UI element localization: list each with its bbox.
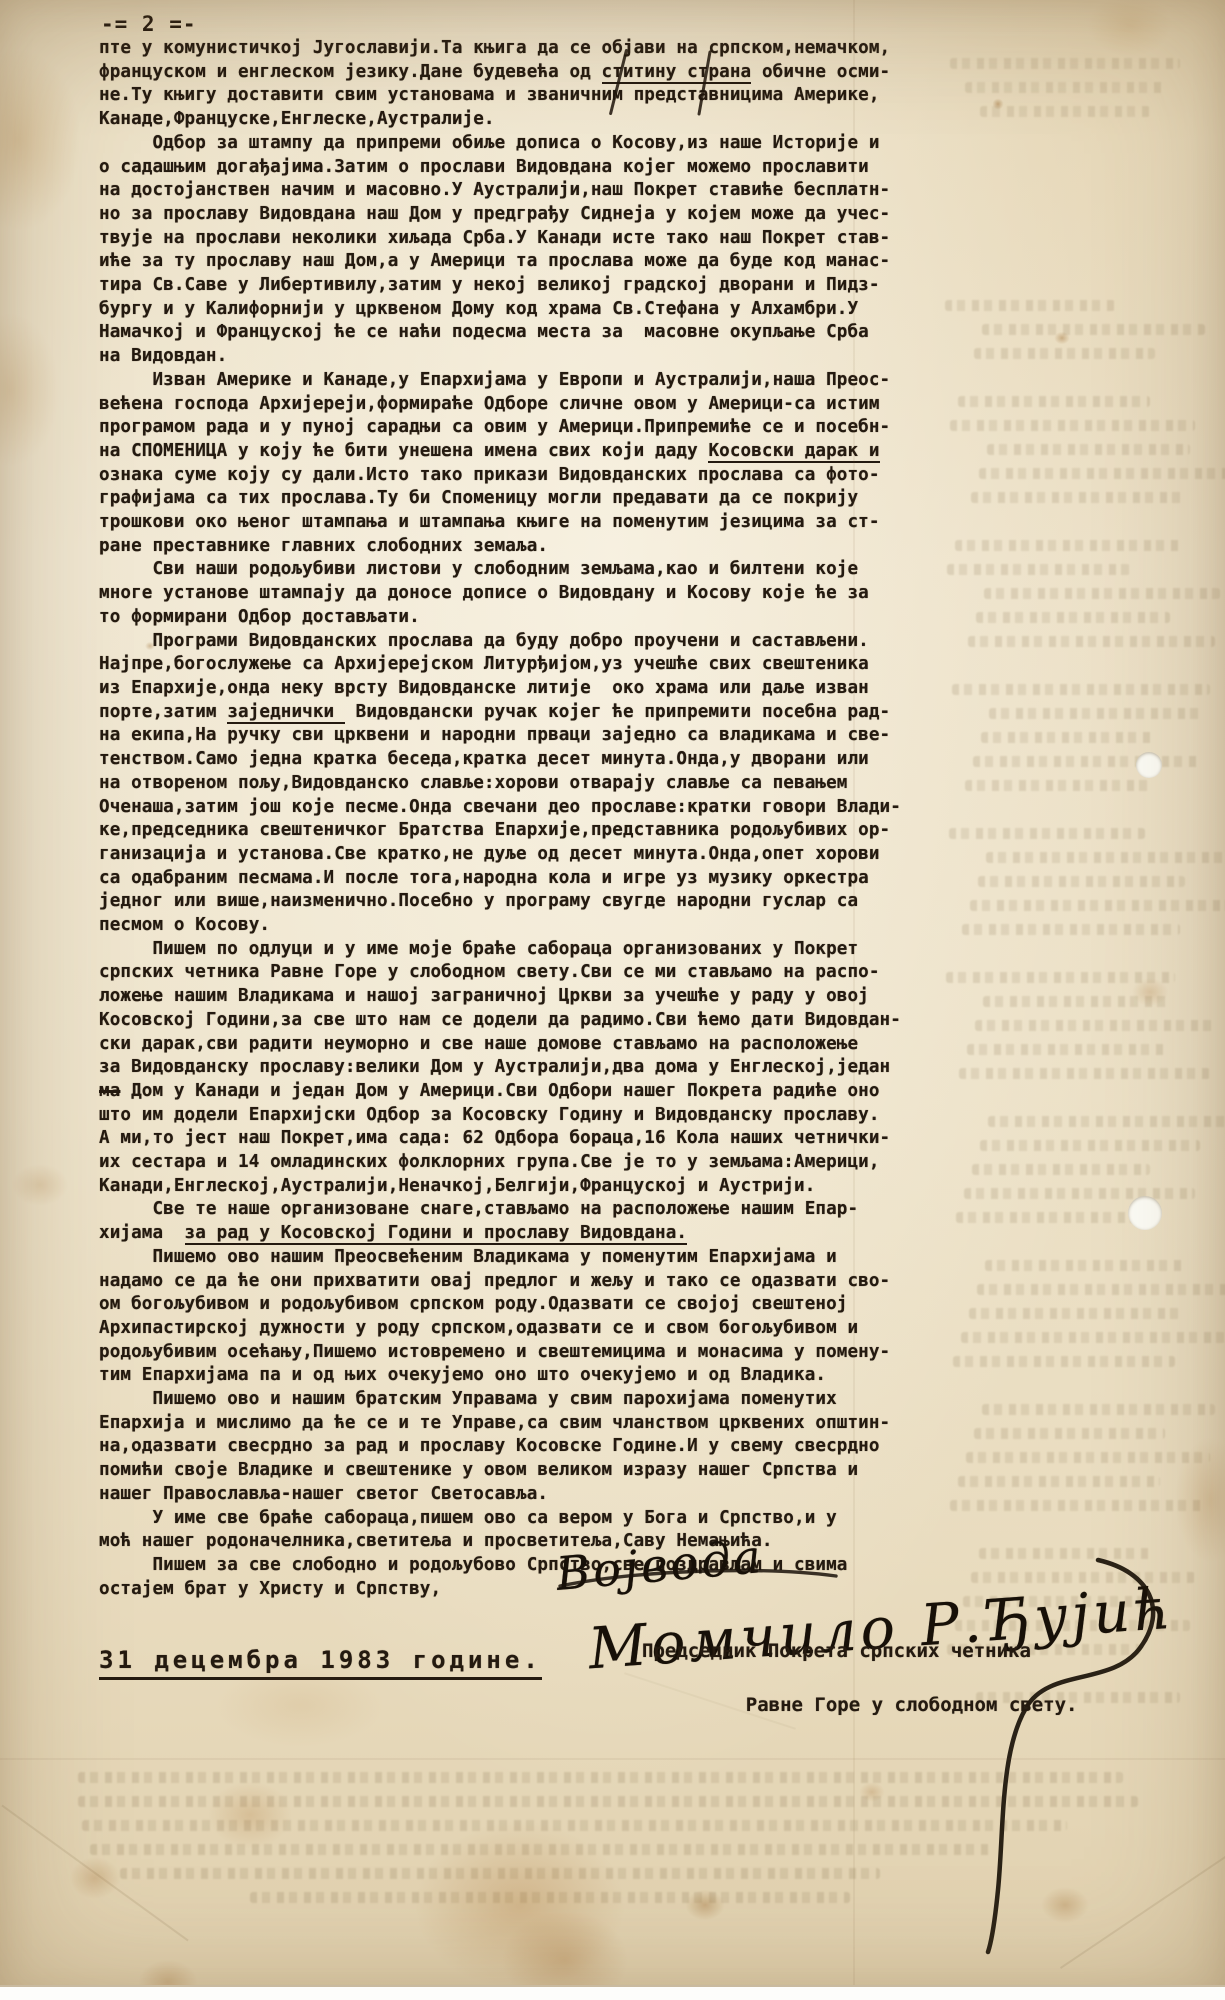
text-line: Пишемо ово и нашим братским Управама у с… [99, 1388, 901, 1412]
wrinkle-line [1060, 1833, 1225, 1969]
text-line: на Видовдан. [99, 345, 901, 369]
bleed-through-text-trace [969, 1308, 1180, 1319]
text-line: Епархија и мислимо да ће се и те Управе,… [99, 1412, 901, 1436]
text-line: већена господа Архијереји,формираће Одбо… [99, 393, 901, 417]
scanned-letter-page: -= 2 =- пте у комунистичкој Југославији.… [0, 0, 1225, 2000]
bleed-through-text-trace [980, 106, 1150, 117]
text-line: Програми Видовданских прослава да буду д… [99, 630, 901, 654]
bleed-through-text-trace [966, 1452, 1210, 1463]
text-line: Пишем за све слободно и родољубово Српст… [99, 1554, 901, 1578]
text-line: то формирани Одбор достављати. [99, 606, 901, 630]
bleed-through-text-trace [974, 1428, 1165, 1439]
page-number-label: -= 2 =- [101, 12, 197, 36]
bleed-through-text-trace [976, 612, 1170, 623]
bleed-through-text-trace [967, 1044, 1165, 1055]
text-line: трошкови око њеног штампања и штампања к… [99, 511, 901, 535]
bleed-through-text-trace [975, 1020, 1215, 1031]
signer-title-block: Председник Покрета српских четника Равне… [642, 1638, 1078, 1746]
bleed-through-text-trace [956, 1212, 1145, 1223]
punch-hole [1128, 1196, 1162, 1230]
text-line: графијама са тих прослава.Ту би Спомениц… [99, 487, 901, 511]
text-line: на СПОМЕНИЦА у коју ће бити унешена имен… [99, 440, 901, 464]
text-line: Изван Америке и Канаде,у Епархијама у Ев… [99, 369, 901, 393]
bleed-through-text-trace [78, 1772, 1123, 1783]
text-line: их сестара и 14 омладинских фолклорних г… [99, 1151, 901, 1175]
text-line: Косовској Години,за све што нам се додел… [99, 1009, 901, 1033]
bleed-through-text-trace [970, 900, 1225, 911]
bleed-through-text-trace [987, 444, 1190, 455]
text-line: ски дарак,сви радити неуморно и све наше… [99, 1033, 901, 1057]
bleed-through-text-trace [984, 588, 1220, 599]
text-line: српских четника Равне Горе у слободном с… [99, 961, 901, 985]
bleed-through-text-trace [90, 1844, 990, 1855]
text-line: Најпре,богослужење са Архијерејском Литу… [99, 653, 901, 677]
bleed-through-text-trace [958, 1476, 1160, 1487]
signer-title-line2: Равне Горе у слободном свету. [688, 1694, 1078, 1716]
text-line: Све те наше организоване снаге,стављамо … [99, 1198, 901, 1222]
bleed-through-text-trace [983, 996, 1170, 1007]
date-line: 31 децембра 1983 године. [99, 1646, 542, 1680]
text-line: пте у комунистичкој Југославији.Та књига… [99, 37, 901, 61]
text-line: но за прославу Видовдана наш Дом у предг… [99, 203, 901, 227]
bleed-through-text-trace [968, 636, 1215, 647]
text-line: Одбор за штампу да припреми обиље дописа… [99, 132, 901, 156]
text-line: твује на прослави неколики хиљада Срба.У… [99, 227, 901, 251]
bleed-through-text-trace [965, 82, 1165, 93]
bleed-through-text-trace [945, 300, 1115, 311]
text-line: на,одазвати свесрдно за рад и прославу К… [99, 1435, 901, 1459]
wrinkle-line [1, 1805, 188, 1942]
text-line: тира Св.Саве у Либертивилу,затим у некој… [99, 274, 901, 298]
text-line: тим Епархијама па и од њих очекујемо оно… [99, 1364, 901, 1388]
text-line: надамо се да ће они прихватити овај пред… [99, 1270, 901, 1294]
text-line: Намачкој и Француској ће се наћи подесма… [99, 321, 901, 345]
text-line: моћ нашег родоначелника,светитеља и прос… [99, 1530, 901, 1554]
text-line: ложење нашим Владикама и нашој заграничн… [99, 985, 901, 1009]
bleed-through-text-trace [986, 852, 1225, 863]
bleed-through-text-trace [953, 1356, 1175, 1367]
bleed-through-text-trace [982, 1404, 1215, 1415]
bleed-through-text-trace [950, 420, 1195, 431]
bleed-through-text-trace [981, 732, 1155, 743]
bleed-through-text-trace [952, 684, 1210, 695]
text-line: са одабраним песмама.И после тога,народн… [99, 867, 901, 891]
text-line: Оченаша,затим још које песме.Онда свечан… [99, 796, 901, 820]
bleed-through-text-trace [959, 1068, 1210, 1079]
text-line: на достојанствен начим и масовно.У Аустр… [99, 179, 901, 203]
bleed-through-text-trace [120, 1868, 880, 1879]
bleed-through-text-trace [82, 1820, 1067, 1831]
text-line: Канаде,Француске,Енглеске,Аустралије. [99, 108, 901, 132]
bleed-through-text-trace [955, 540, 1180, 551]
text-line: Архипастирској дужности у роду српском,о… [99, 1317, 901, 1341]
bleed-through-text-trace [972, 1164, 1150, 1175]
bleed-through-text-trace [962, 924, 1180, 935]
text-line: У име све браће сабораца,пишем ово са ве… [99, 1507, 901, 1531]
text-line: песмом о Косову. [99, 914, 901, 938]
bleed-through-text-trace [989, 708, 1205, 719]
text-line: о садашњим догађајима.Затим о прослави В… [99, 156, 901, 180]
typewritten-body: пте у комунистичкој Југославији.Та књига… [99, 37, 901, 1601]
text-line: ганизација и установа.Све кратко,не дуље… [99, 843, 901, 867]
bleed-through-text-trace [250, 1892, 850, 1903]
signer-title-line1: Председник Покрета српских четника [642, 1640, 1031, 1662]
text-line: Пишем по одлуци и у име моје браће сабор… [99, 938, 901, 962]
bleed-through-text-trace [78, 1796, 1138, 1807]
bleed-through-text-trace [961, 1332, 1225, 1343]
bleed-through-text-trace [964, 1188, 1195, 1199]
text-line: многе установе штампају да доносе дописе… [99, 582, 901, 606]
text-line: на екипа,На ручку сви црквени и народни … [99, 724, 901, 748]
text-line: хијама за рад у Косовској Години и просл… [99, 1222, 901, 1246]
text-line: једног или више,наизменично.Посебно у пр… [99, 890, 901, 914]
bleed-through-text-trace [949, 828, 1145, 839]
text-line: на отвореном пољу,Видовданско славље:хор… [99, 772, 901, 796]
bleed-through-text-trace [977, 1284, 1225, 1295]
scan-bottom-edge [0, 1985, 1225, 2000]
bleed-through-text-trace [979, 468, 1225, 479]
bleed-through-text-trace [971, 492, 1185, 503]
bleed-through-text-trace [988, 1116, 1225, 1127]
text-line: што им додели Епархијски Одбор за Косовс… [99, 1104, 901, 1128]
text-line: остајем брат у Христу и Српству, [99, 1578, 901, 1602]
bleed-through-text-trace [982, 324, 1205, 335]
text-line: ране преставнике главних слободних земаљ… [99, 535, 901, 559]
bleed-through-text-trace [947, 564, 1130, 575]
text-line: помићи своје Владике и свештенике у овом… [99, 1459, 901, 1483]
bleed-through-text-trace [946, 972, 1175, 983]
text-line: ке,председника свештеничког Братства Епа… [99, 819, 901, 843]
text-line: програмом рада и у пуној сарадњи са овим… [99, 416, 901, 440]
text-line: Сви наши родољубиви листови у слободним … [99, 558, 901, 582]
text-line: Пишемо ово нашим Преосвећеним Владикама … [99, 1246, 901, 1270]
text-line: нашег Православља-нашег светог Светосављ… [99, 1483, 901, 1507]
text-line: из Епархије,онда неку врсту Видовданске … [99, 677, 901, 701]
text-line: не.Ту књигу доставити свим установама и … [99, 84, 901, 108]
text-line: за Видовданску прославу:велики Дом у Аус… [99, 1056, 901, 1080]
punch-hole [1136, 752, 1162, 778]
text-line: порте,затим заједнички Видовдански ручак… [99, 701, 901, 725]
bleed-through-text-trace [979, 1548, 1150, 1559]
bleed-through-text-trace [965, 780, 1150, 791]
bleed-through-text-trace [950, 1500, 1205, 1511]
bleed-through-text-trace [973, 756, 1200, 767]
text-line: А ми,то јест наш Покрет,има сада: 62 Одб… [99, 1127, 901, 1151]
text-line: иће за ту прославу наш Дом,а у Америци т… [99, 250, 901, 274]
text-line: бургу и у Калифорнији у црквеном Дому ко… [99, 298, 901, 322]
text-line: родољубивим осећању,Пишемо истовремено и… [99, 1341, 901, 1365]
bleed-through-text-trace [958, 396, 1150, 407]
text-line: ом богољубивом и родољубивом српском род… [99, 1293, 901, 1317]
text-line: ма Дом у Канади и један Дом у Америци.Св… [99, 1080, 901, 1104]
bleed-through-text-trace [950, 58, 1180, 69]
text-line: француском и енглеском језику.Дане будев… [99, 61, 901, 85]
bleed-through-text-trace [978, 876, 1185, 887]
bleed-through-text-trace [985, 1260, 1185, 1271]
text-line: ознака суме коју су дали.Исто тако прика… [99, 464, 901, 488]
text-line: Канади,Енглеској,Аустралији,Неначкој,Бел… [99, 1175, 901, 1199]
fold-crease-horizontal [0, 1758, 1225, 1760]
bleed-through-text-trace [980, 1140, 1200, 1151]
text-line: тенством.Само једна кратка беседа,кратка… [99, 748, 901, 772]
bleed-through-text-trace [974, 348, 1155, 359]
